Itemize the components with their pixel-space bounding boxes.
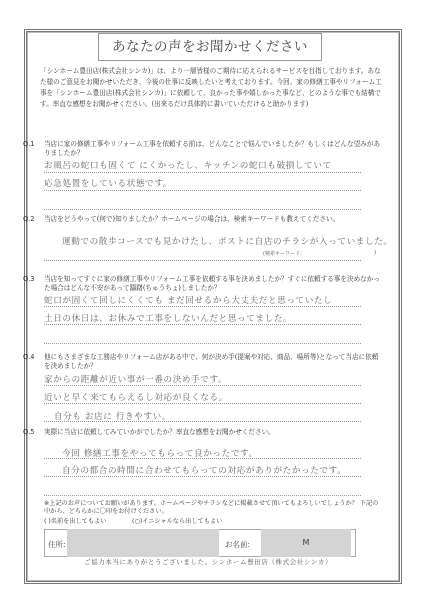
answer-line: 応急処置をしている状態です。 [44,177,360,189]
publish-note: ※上記のお声についてお願いがあります。ホームページやチラシなどに掲載させて頂いて… [44,500,384,516]
dotted-line [44,421,361,422]
dotted-line [44,385,361,386]
contact-box: 住所: お名前: M [44,529,356,557]
dotted-line [44,495,361,496]
dotted-line [44,172,361,173]
question-number: Q.3 [23,275,34,284]
address-field-redacted[interactable] [67,529,219,557]
answer-line: 自分の都合の時間に合わせてもらっての対応がありがたかったです。 [62,464,378,476]
name-label: お名前: [225,539,250,550]
keyword-close: ) [374,250,376,256]
page-title: あなたの声をお聞かせください [98,33,322,61]
address-label: 住所: [48,539,66,550]
dotted-line [44,476,361,477]
answer-line: 蛇口が固くて回しにくくても まだ回せるから大丈夫だと思っていたし [44,294,360,306]
dotted-line [44,458,361,459]
option-initial[interactable]: (○)イニシャルなら出してもよい [132,518,222,526]
dotted-line [44,343,361,344]
intro-text: 「シンホーム豊田店(株式会社シンカ)」は、より一層皆様のご期待に応えられるサービ… [40,66,385,110]
question-5: Q.5 実際に当店に依頼してみていかがでしたか？率直な感想をお聞かせください。 [44,428,384,437]
dotted-line [44,260,361,261]
question-number: Q.4 [23,353,34,362]
name-field[interactable]: M [261,529,351,557]
thanks-footer: ご協力本当にありがとうございました。シンホーム豊田店（株式会社シンカ） [84,557,332,566]
question-4: Q.4 他にもさまざまな工務店やリフォーム店がある中で、何が決め手(提案や対応、… [44,353,384,370]
question-number: Q.2 [23,215,34,224]
answer-line: 家からの距離が近い事が一番の決め手です。 [44,373,360,385]
question-number: Q.5 [23,428,34,437]
dotted-line [44,190,361,191]
answer-line: 運動での散歩コースでも見かけたし、ポストに自店のチラシが入っていました。 [62,235,378,247]
question-text: 他にもさまざまな工務店やリフォーム店がある中で、何が決め手(提案や対応、商品、場… [44,353,378,370]
keyword-label: (検索キーワード: [263,250,302,257]
option-name[interactable]: ( )名前を出してもよい [44,518,106,526]
question-1: Q.1 当店に家の修繕工事やリフォーム工事を依頼する前は、どんなことで悩んでいま… [44,140,384,157]
question-text: 当店に家の修繕工事やリフォーム工事を依頼する前は、どんなことで悩んでいましたか？… [44,140,380,157]
dotted-line [44,403,361,404]
dotted-line [44,209,361,210]
question-text: 当店をどうやって(何で)知りましたか？ホームページの場合は、検索キーワードも教え… [44,215,339,223]
question-2: Q.2 当店をどうやって(何で)知りましたか？ホームページの場合は、検索キーワー… [44,215,384,224]
question-number: Q.1 [23,140,34,149]
question-text: 実際に当店に依頼してみていかがでしたか？率直な感想をお聞かせください。 [44,428,275,436]
dotted-line [44,324,361,325]
answer-line: お風呂の蛇口も固くて にくかったし、キッチンの蛇口も破損していて [44,159,360,171]
dotted-line [44,306,361,307]
answer-line: 近いと早く来てもらえるし対応が良くなる。 [44,391,360,403]
question-text: 当店を知ってすぐに家の修繕工事やリフォーム工事を依頼する事を決めましたか？すぐに… [44,275,380,292]
answer-line: 土日の休日は、お休みで工事をしないんだと思ってました。 [44,312,360,324]
question-3: Q.3 当店を知ってすぐに家の修繕工事やリフォーム工事を依頼する事を決めましたか… [44,275,384,292]
